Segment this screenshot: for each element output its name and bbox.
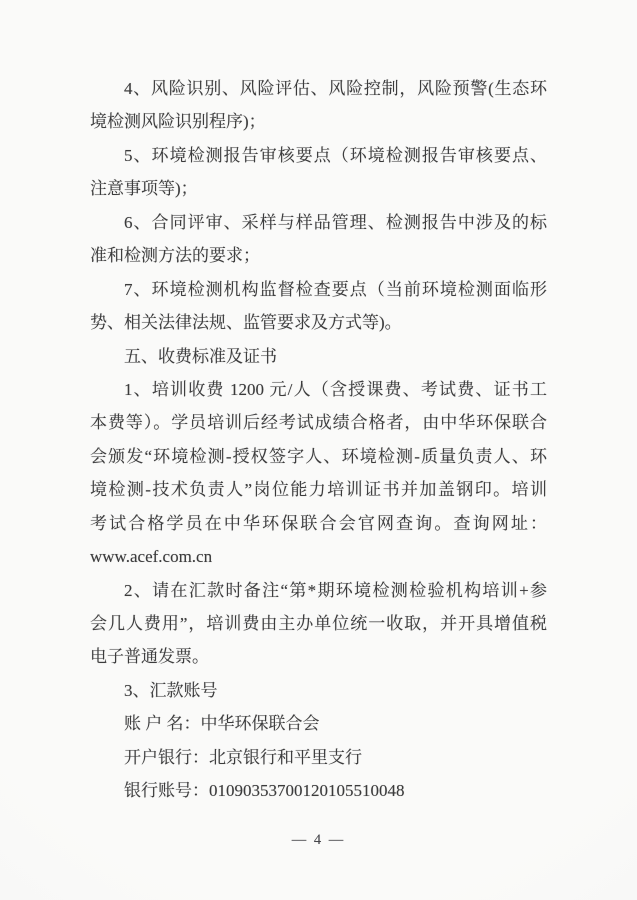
- text-line: 准和检测方法的要求；: [90, 239, 547, 272]
- text-line: 境检测风险识别程序)；: [90, 105, 547, 138]
- scanned-document-page: 4、风险识别、风险评估、风险控制，风险预警(生态环 境检测风险识别程序)； 5、…: [0, 0, 637, 900]
- text-line: 2、请在汇款时备注“第*期环境检测检验机构培训+参: [90, 574, 547, 607]
- text-line: 7、环境检测机构监督检查要点（当前环境检测面临形: [90, 273, 547, 306]
- text-line: 本费等）。学员培训后经考试成绩合格者，由中华环保联合: [90, 406, 547, 439]
- account-number-line: 银行账号：01090353700120105510048: [90, 774, 547, 807]
- text-line: 会几人费用”，培训费由主办单位统一收取，并开具增值税: [90, 607, 547, 640]
- text-line: 1、培训收费 1200 元/人（含授课费、考试费、证书工: [90, 373, 547, 406]
- text-line: 电子普通发票。: [90, 640, 547, 673]
- text-line: 注意事项等)；: [90, 172, 547, 205]
- text-line: 4、风险识别、风险评估、风险控制，风险预警(生态环: [90, 72, 547, 105]
- website-url: www.acef.com.cn: [90, 540, 547, 573]
- text-line: 5、环境检测报告审核要点（环境检测报告审核要点、: [90, 139, 547, 172]
- text-line: 3、汇款账号: [90, 674, 547, 707]
- text-line: 境检测-技术负责人”岗位能力培训证书并加盖钢印。培训: [90, 473, 547, 506]
- page-number: — 4 —: [0, 832, 637, 849]
- text-line: 势、相关法律法规、监管要求及方式等)。: [90, 306, 547, 339]
- bank-name-line: 开户银行：北京银行和平里支行: [90, 741, 547, 774]
- text-line: 会颁发“环境检测-授权签字人、环境检测-质量负责人、环: [90, 440, 547, 473]
- section-heading: 五、收费标准及证书: [90, 340, 547, 373]
- account-name-line: 账 户 名：中华环保联合会: [90, 707, 547, 740]
- text-line: 考试合格学员在中华环保联合会官网查询。查询网址：: [90, 507, 547, 540]
- document-text: 4、风险识别、风险评估、风险控制，风险预警(生态环 境检测风险识别程序)； 5、…: [90, 72, 547, 808]
- text-line: 6、合同评审、采样与样品管理、检测报告中涉及的标: [90, 206, 547, 239]
